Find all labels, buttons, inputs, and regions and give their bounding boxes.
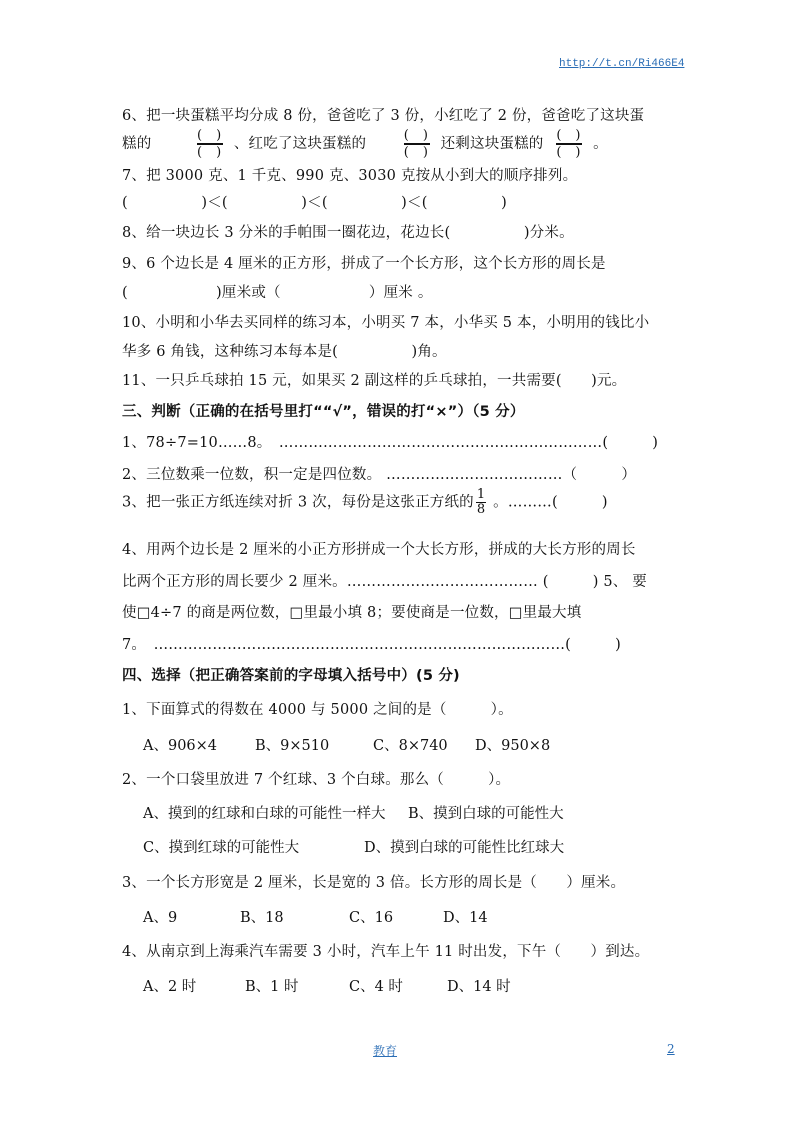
section-3-title: 三、判断（正确的在括号里打““√”，错误的打“×”）（5 分）: [122, 400, 525, 421]
question-6-line-2: 糕的 ()() 、红吃了这块蛋糕的 ()() 还剩这块蛋糕的 ()() 。: [122, 129, 608, 159]
fraction-one-eighth: 18: [476, 488, 486, 517]
choice-q2-stem: 2、一个口袋里放进 7 个红球、3 个白球。那么（ ）。: [122, 768, 510, 789]
question-11: 11、一只乒乓球拍 15 元，如果买 2 副这样的乒乓球拍，一共需要( )元。: [122, 369, 626, 390]
judge-item-5-line-1: 使□4÷7 的商是两位数，□里最小填 8；要使商是一位数，□里最大填: [122, 601, 581, 622]
choice-q4-option-c[interactable]: C、4 时: [349, 975, 403, 996]
q6-text-a: 糕的: [122, 136, 151, 152]
choice-q1-option-a[interactable]: A、906×4: [143, 734, 217, 755]
choice-q4-option-a[interactable]: A、2 时: [143, 975, 196, 996]
judge-item-4-line-2: 比两个正方形的周长要少 2 厘米。………………………………… ( ) 5、 要: [122, 570, 647, 591]
choice-q2-option-a[interactable]: A、摸到的红球和白球的可能性一样大: [143, 802, 385, 823]
question-8: 8、给一块边长 3 分米的手帕围一圈花边，花边长( )分米。: [122, 221, 574, 242]
choice-q3-stem: 3、一个长方形宽是 2 厘米，长是宽的 3 倍。长方形的周长是（ ）厘米。: [122, 871, 625, 892]
judge-item-1: 1、78÷7=10……8。 …………………………………………………………( ): [122, 431, 658, 452]
judge-item-4-line-1: 4、用两个边长是 2 厘米的小正方形拼成一个大长方形，拼成的大长方形的周长: [122, 538, 636, 559]
q6-text-b: 、红吃了这块蛋糕的: [234, 136, 366, 152]
choice-q1-option-c[interactable]: C、8×740: [373, 734, 448, 755]
choice-q1-option-d[interactable]: D、950×8: [475, 734, 550, 755]
judge-item-5-line-2: 7。 …………………………………………………………………………( ): [122, 633, 621, 654]
judge-item-3: 3、把一张正方纸连续对折 3 次，每份是这张正方纸的18 。………( ): [122, 488, 608, 517]
choice-q3-option-b[interactable]: B、18: [240, 906, 284, 927]
choice-q1-stem: 1、下面算式的得数在 4000 与 5000 之间的是（ ）。: [122, 698, 513, 719]
choice-q4-option-d[interactable]: D、14 时: [447, 975, 511, 996]
choice-q4-stem: 4、从南京到上海乘汽车需要 3 小时，汽车上午 11 时出发，下午（ ）到达。: [122, 940, 649, 961]
question-6-line-1: 6、把一块蛋糕平均分成 8 份，爸爸吃了 3 份，小红吃了 2 份，爸爸吃了这块…: [122, 104, 644, 125]
judge-item-2: 2、三位数乘一位数，积一定是四位数。 ………………………………（ ）: [122, 463, 636, 484]
fraction-blank-1[interactable]: ()(): [193, 129, 225, 159]
choice-q3-option-a[interactable]: A、9: [143, 906, 177, 927]
question-10-line-2: 华多 6 角钱，这种练习本每本是( )角。: [122, 340, 447, 361]
q6-text-d: 。: [593, 136, 608, 152]
choice-q3-option-c[interactable]: C、16: [349, 906, 393, 927]
choice-q4-option-b[interactable]: B、1 时: [245, 975, 299, 996]
choice-q2-option-c[interactable]: C、摸到红球的可能性大: [143, 836, 299, 857]
choice-q2-option-b[interactable]: B、摸到白球的可能性大: [408, 802, 564, 823]
question-9-line-1: 9、6 个边长是 4 厘米的正方形，拼成了一个长方形，这个长方形的周长是: [122, 252, 606, 273]
question-7-line-2: ( )＜( )＜( )＜( ): [122, 191, 507, 212]
question-10-line-1: 10、小明和小华去买同样的练习本，小明买 7 本，小华买 5 本，小明用的钱比小: [122, 311, 649, 332]
fraction-blank-3[interactable]: ()(): [552, 129, 584, 159]
choice-q1-option-b[interactable]: B、9×510: [255, 734, 329, 755]
choice-q2-option-d[interactable]: D、摸到白球的可能性比红球大: [364, 836, 564, 857]
page-number[interactable]: 2: [667, 1042, 675, 1056]
question-9-line-2: ( )厘米或（ ）厘米 。: [122, 281, 433, 302]
footer-link[interactable]: 教育: [373, 1042, 397, 1059]
judge-item-3-text-a: 3、把一张正方纸连续对折 3 次，每份是这张正方纸的: [122, 495, 474, 511]
choice-q3-option-d[interactable]: D、14: [443, 906, 488, 927]
fraction-blank-2[interactable]: ()(): [400, 129, 432, 159]
judge-item-3-text-b: 。………( ): [488, 495, 607, 511]
question-7-line-1: 7、把 3000 克、1 千克、990 克、3030 克按从小到大的顺序排列。: [122, 164, 577, 185]
q6-text-c: 还剩这块蛋糕的: [441, 136, 544, 152]
header-link[interactable]: http://t.cn/Ri466E4: [559, 58, 684, 70]
section-4-title: 四、选择（把正确答案前的字母填入括号中）(5 分): [122, 664, 460, 685]
